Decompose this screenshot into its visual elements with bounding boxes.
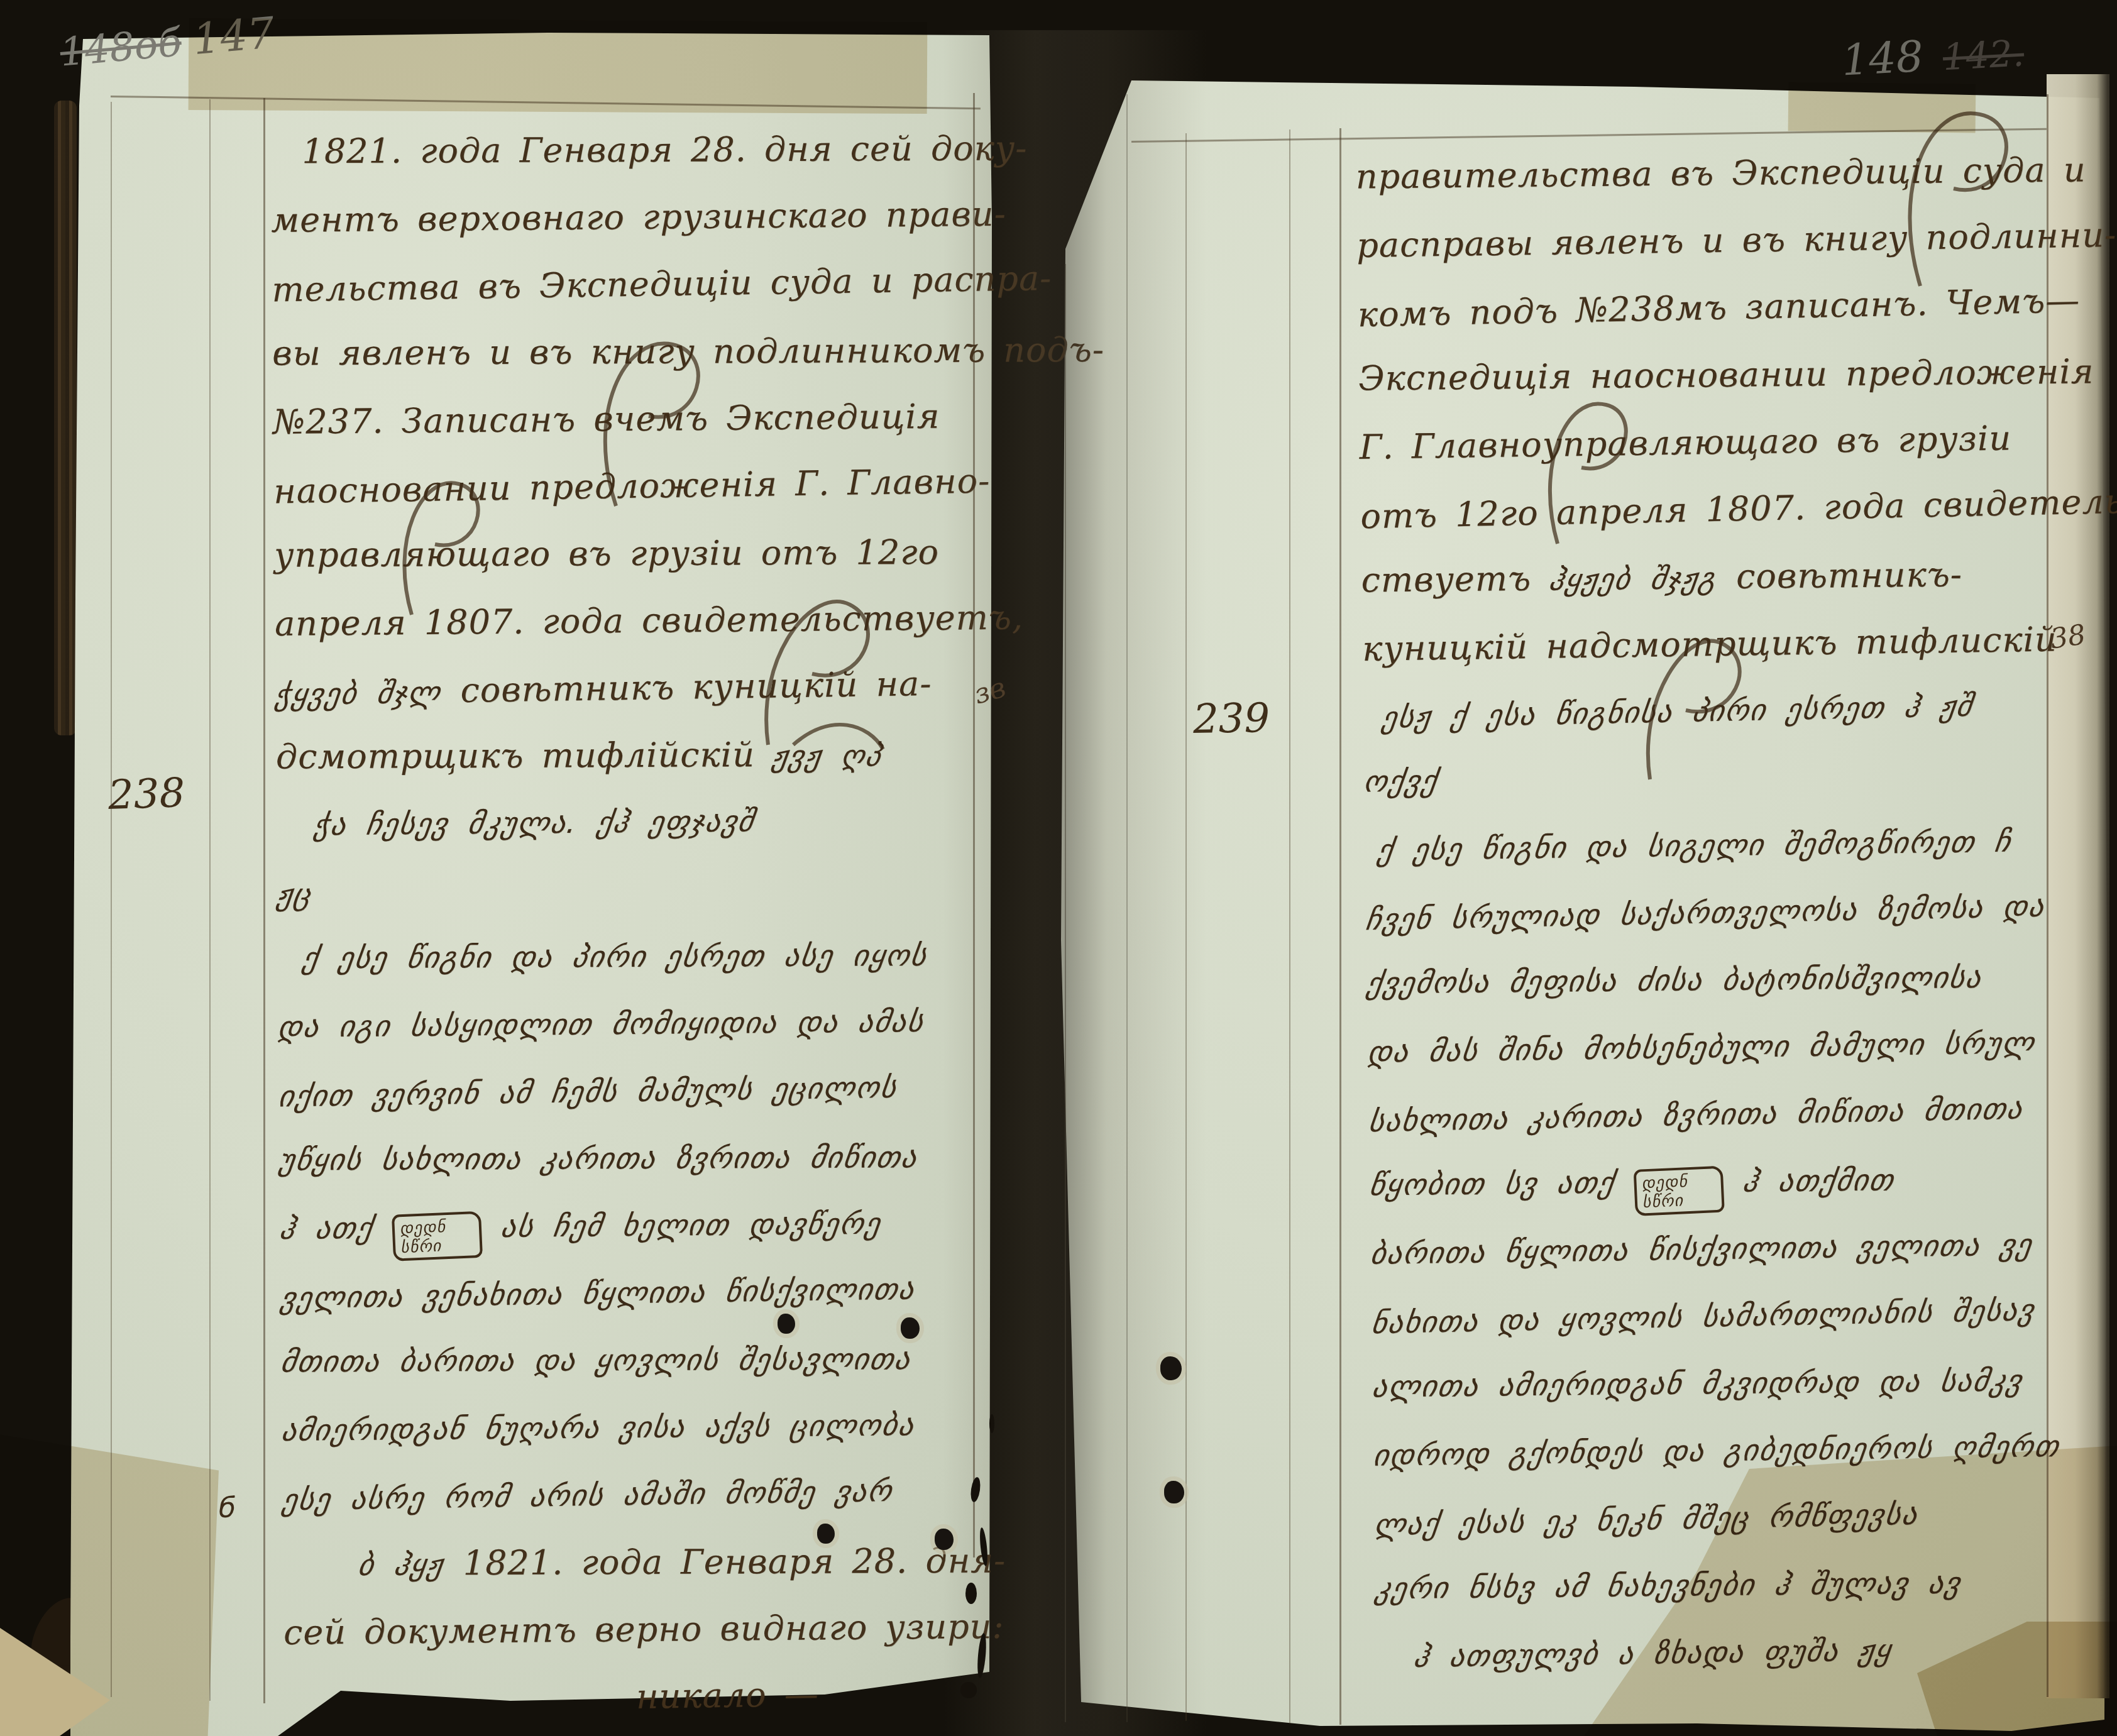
manuscript-line: ჟც bbox=[277, 851, 984, 929]
punch-hole bbox=[778, 1314, 795, 1334]
manuscript-line: Экспедиція наосновании предложенія bbox=[1358, 338, 2050, 412]
georgian-cursive-text: ამიერიდგან ნუღარა ვისა აქვს ცილობა bbox=[277, 1392, 920, 1464]
right-page-text-block: правительства въ Экспедиціи суда ираспра… bbox=[1355, 135, 2068, 1691]
russian-cursive-text: ствуетъ bbox=[1361, 559, 1549, 600]
ink-splatter bbox=[989, 1414, 994, 1433]
russian-cursive-text: наосновании предложенія Г. Главно- bbox=[273, 461, 991, 512]
georgian-cursive-text: ას ჩემ ხელით დავწერე bbox=[477, 1190, 886, 1261]
folio-old-right: 142. bbox=[1942, 31, 2025, 79]
manuscript-line: правительства въ Экспедиціи суда и bbox=[1355, 136, 2047, 211]
manuscript-line: отъ 12го апреля 1807. года свидетель- bbox=[1360, 469, 2052, 550]
right-margin-rule-2 bbox=[1289, 129, 1290, 1723]
manuscript-line: расправы явленъ и въ книгу подлинни- bbox=[1356, 202, 2048, 279]
manuscript-line: და მას შინა მოხსენებული მამული სრულ bbox=[1367, 1009, 2059, 1086]
verification-stamp-box: დედნ სწრი bbox=[392, 1211, 483, 1261]
georgian-cursive-text: ბარითა წყლითა წისქვილითა ველითა ვე bbox=[1366, 1211, 2037, 1288]
russian-cursive-text: комъ подъ №238мъ записанъ. Чемъ— bbox=[1357, 280, 2080, 334]
georgian-cursive-text: მთითა ბარითა და ყოვლის შესავლითა bbox=[276, 1326, 916, 1395]
margin-letter-b: б bbox=[219, 1495, 236, 1522]
manuscript-line: სახლითა კარითა ზვრითა მიწითა მთითა bbox=[1368, 1074, 2061, 1155]
manuscript-line: უწყის სახლითა კარითა ზვრითა მიწითა bbox=[279, 1124, 986, 1194]
russian-cursive-text: Г. Главноуправляющаго въ грузіи bbox=[1359, 418, 2011, 466]
manuscript-line: ჭყვებ შჯლ совѣтникъ куницкій на- bbox=[275, 649, 982, 727]
ink-splatter bbox=[965, 1583, 977, 1604]
punch-hole bbox=[935, 1529, 954, 1550]
manuscript-line: 1821. года Генваря 28. дня сей доку- bbox=[270, 115, 977, 185]
left-margin-rule-3 bbox=[263, 98, 265, 1703]
georgian-cursive-text: ოქვქ bbox=[1359, 747, 1443, 815]
manuscript-line: ჰ ათფულვბ ა ზხადა ფუშა ჟყ bbox=[1376, 1614, 2068, 1691]
russian-cursive-text: ментъ верховнаго грузинскаго прави- bbox=[271, 194, 1006, 240]
manuscript-line: куницкій надсмотрщикъ тифлискій bbox=[1361, 606, 2054, 683]
left-page-text-block: 1821. года Генваря 28. дня сей доку-мент… bbox=[270, 113, 991, 1733]
manuscript-line: ჰ ათქ დედნ სწრი ას ჩემ ხელით დავწერე bbox=[280, 1189, 987, 1263]
russian-cursive-text: совѣтникъ куницкій на- bbox=[460, 664, 932, 710]
georgian-cursive-text: ჰყჟებ შჯჟგ bbox=[1544, 545, 1741, 614]
manuscript-line: იქით ვერვინ ამ ჩემს მამულს ეცილოს bbox=[278, 1053, 986, 1131]
manuscript-line: ამიერიდგან ნუღარა ვისა აქვს ცილობა bbox=[282, 1391, 989, 1464]
folio-new-left: 147 bbox=[191, 8, 277, 65]
georgian-cursive-text: ველითა ვენახითა წყლითა წისქვილითა bbox=[276, 1255, 920, 1332]
manuscript-line: комъ подъ №238мъ записанъ. Чемъ— bbox=[1357, 267, 2050, 348]
georgian-cursive-text: უწყის სახლითა კარითა ზვრითა მიწითა bbox=[274, 1124, 923, 1194]
georgian-cursive-text: ესე ასრე რომ არის ამაში მოწმე ვარ bbox=[278, 1458, 898, 1534]
manuscript-line: ველითა ვენახითა წყლითა წისქვილითა bbox=[280, 1255, 988, 1332]
russian-cursive-text: правительства въ Экспедиціи суда и bbox=[1355, 150, 2086, 196]
manuscript-line: ესჟ ქ ესა წიგნისა პირი ესრეთ ჰ ჟშ bbox=[1363, 671, 2055, 752]
punch-hole bbox=[1164, 1481, 1184, 1503]
russian-cursive-text: управляющаго въ грузіи отъ 12го bbox=[274, 532, 939, 575]
russian-cursive-text: расправы явленъ и въ книгу подлинни- bbox=[1356, 215, 2117, 265]
russian-cursive-text: тельства въ Экспедиціи суда и распра- bbox=[272, 258, 1052, 309]
manuscript-line: управляющаго въ грузіи отъ 12го bbox=[274, 519, 981, 589]
georgian-cursive-text: ესჟ ქ ესა წიგნისა პირი ესრეთ ჰ ჟშ bbox=[1377, 673, 1977, 752]
manuscript-line: ოქვქ bbox=[1364, 742, 2056, 816]
georgian-cursive-text: ქვემოსა მეფისა ძისა ბატონისშვილისა bbox=[1362, 944, 1988, 1018]
manuscript-line: ლაქ ესას ეკ ნეკნ მშეც რმწფევსა bbox=[1374, 1478, 2067, 1559]
gutter-crease bbox=[1126, 94, 1128, 1722]
manuscript-scan: 148об 147 148 142. 238 239 зв 38 б 1821.… bbox=[0, 0, 2117, 1736]
manuscript-line: ესე ასრე რომ არის ამაში მოწმე ვარ bbox=[282, 1456, 989, 1534]
manuscript-line: ჭა ჩესევ მკულა. ქჰ ეფჯავშ bbox=[276, 786, 984, 859]
gutter-crease bbox=[1065, 264, 1066, 1722]
manuscript-line: ствуетъ ჰყჟებ შჯჟგ совѣтникъ- bbox=[1361, 540, 2053, 614]
ink-splatter bbox=[960, 1682, 977, 1698]
russian-cursive-text: отъ 12го апреля 1807. года свидетель- bbox=[1360, 481, 2117, 537]
manuscript-line: კერი ნსხვ ამ ნახევნები ჰ შულავ ავ bbox=[1375, 1549, 2067, 1623]
russian-cursive-text: вы явленъ и въ книгу подлинникомъ подъ- bbox=[272, 330, 1104, 373]
manuscript-line: ბ ჰყჟ 1821. года Генваря 28. дня- bbox=[283, 1527, 990, 1598]
georgian-cursive-text: ჰ ათქ bbox=[275, 1194, 397, 1263]
manuscript-line: და იგი სასყიდლით მომიყიდია და ამას bbox=[278, 987, 986, 1061]
georgian-cursive-text: ალითა ამიერიდგან მკვიდრად და სამკვ bbox=[1368, 1347, 2028, 1420]
russian-cursive-text: №237. Записанъ вчемъ Экспедиція bbox=[273, 397, 940, 442]
entry-number-239: 239 bbox=[1192, 698, 1270, 740]
manuscript-line: ქვემოსა მეფისა ძისა ბატონისშვილისა bbox=[1366, 943, 2059, 1018]
right-margin-rule-3 bbox=[1339, 128, 1341, 1725]
left-margin-rule-2 bbox=[209, 99, 211, 1701]
russian-cursive-text: апреля 1807. года свидетельствуетъ, bbox=[275, 598, 1024, 644]
manuscript-line: ментъ верховнаго грузинскаго прави- bbox=[271, 180, 979, 254]
georgian-cursive-text: ლაქ ესას ეკ ნეკნ მშეც რმწფევსა bbox=[1370, 1481, 1923, 1559]
georgian-cursive-text: ჰ ათქმით bbox=[1718, 1146, 1900, 1216]
georgian-cursive-text: ბ ჰყჟ bbox=[353, 1531, 468, 1599]
russian-cursive-text: 1821. года Генваря 28. дня- bbox=[463, 1541, 1006, 1583]
manuscript-line: წყობით სვ ათქ დედნ სწრი ჰ ათქმით bbox=[1370, 1145, 2062, 1219]
left-margin-rule-1 bbox=[111, 102, 112, 1697]
russian-cursive-text: куницкій надсмотрщикъ тифлискій bbox=[1362, 619, 2057, 668]
manuscript-line: №237. Записанъ вчемъ Экспедиція bbox=[273, 382, 981, 456]
russian-cursive-text: Экспедиція наосновании предложенія bbox=[1358, 351, 2094, 398]
russian-cursive-text: никало — bbox=[635, 1674, 819, 1717]
manuscript-line: მთითა ბარითა და ყოვლის შესავლითა bbox=[281, 1326, 988, 1396]
georgian-cursive-text: სახლითა კარითა ზვრითა მიწითა მთითა bbox=[1364, 1075, 2028, 1155]
folio-new-right: 148 bbox=[1840, 32, 1925, 86]
manuscript-line: вы явленъ и въ книгу подлинникомъ подъ- bbox=[272, 317, 979, 387]
georgian-cursive-text: და იგი სასყიდლით მომიყიდია და ამას bbox=[273, 988, 930, 1061]
manuscript-line: ალითა ამიერიდგან მკვიდრად და სამკვ bbox=[1372, 1347, 2064, 1421]
manuscript-line: ქ ესე წიგნი და სიგელი შემოგწირეთ ჩ bbox=[1365, 808, 2057, 884]
manuscript-line: იდროდ გქონდეს და გიბედნიეროს ღმერთ bbox=[1373, 1412, 2065, 1489]
georgian-cursive-text: ჟვჟ ღპ bbox=[767, 722, 888, 790]
georgian-cursive-text: ჟც bbox=[272, 860, 317, 928]
georgian-cursive-text: ჩვენ სრულიად საქართველოსა ზემოსა და bbox=[1361, 872, 2050, 953]
georgian-cursive-text: ჭყვებ შჯლ bbox=[270, 659, 465, 729]
punch-hole bbox=[901, 1317, 920, 1339]
manuscript-line: апреля 1807. года свидетельствуетъ, bbox=[275, 584, 982, 657]
georgian-cursive-text: და მას შინა მოხსენებული მამული სრულ bbox=[1363, 1009, 2040, 1086]
russian-cursive-text: 1821. года Генваря 28. дня сей доку- bbox=[302, 128, 1027, 171]
book-spine-edge bbox=[54, 101, 77, 735]
folio-numbers-right: 148 142. bbox=[1840, 30, 2025, 82]
georgian-cursive-text: ჰ ათფულვბ ა ზხადა ფუშა ჟყ bbox=[1409, 1617, 1897, 1691]
manuscript-line: сей документъ верно виднаго узири: bbox=[283, 1593, 991, 1666]
georgian-cursive-text: კერი ნსხვ ამ ნახევნები ჰ შულავ ავ bbox=[1370, 1549, 1966, 1622]
manuscript-line: ნახითა და ყოვლის სამართლიანის შესავ bbox=[1371, 1276, 2064, 1357]
russian-cursive-text: сей документъ верно виднаго узири: bbox=[283, 1607, 1004, 1652]
entry-number-238: 238 bbox=[107, 773, 185, 816]
manuscript-line: никало — bbox=[283, 1658, 991, 1736]
russian-cursive-text: совѣтникъ- bbox=[1736, 554, 1962, 596]
punch-hole bbox=[817, 1524, 835, 1544]
manuscript-line: дсмотрщикъ тифлійскій ჟვჟ ღპ bbox=[276, 720, 983, 791]
georgian-cursive-text: იდროდ გქონდეს და გიბედნიეროს ღმერთ bbox=[1368, 1412, 2064, 1489]
right-margin-rule-1 bbox=[1185, 133, 1187, 1721]
manuscript-line: ბარითა წყლითა წისქვილითა ველითა ვე bbox=[1370, 1211, 2062, 1287]
russian-cursive-text: дсмотрщикъ тифлійскій bbox=[276, 735, 773, 776]
georgian-cursive-text: ქ ესე წიგნი და სიგელი შემოგწირეთ ჩ bbox=[1373, 808, 2016, 884]
georgian-cursive-text: წყობით სვ ათქ bbox=[1365, 1149, 1639, 1219]
punch-hole bbox=[1160, 1356, 1182, 1380]
verification-stamp-box: დედნ სწრი bbox=[1634, 1166, 1725, 1216]
manuscript-line: Г. Главноуправляющаго въ грузіи bbox=[1359, 404, 2051, 481]
georgian-cursive-text: ნახითა და ყოვლის სამართლიანის შესავ bbox=[1367, 1277, 2040, 1358]
manuscript-line: тельства въ Экспедиціи суда и распра- bbox=[272, 246, 979, 324]
manuscript-line: ჩვენ სრულიად საქართველოსა ზემოსა და bbox=[1365, 872, 2058, 953]
georgian-cursive-text: ჭა ჩესევ მკულა. ქჰ ეფჯავშ bbox=[309, 788, 760, 859]
georgian-cursive-text: ქ ესე წიგნი და პირი ესრეთ ასე იყოს bbox=[297, 922, 932, 992]
manuscript-line: наосновании предложенія Г. Главно- bbox=[273, 448, 981, 525]
manuscript-line: ქ ესე წიგნი და პირი ესრეთ ასე იყოს bbox=[277, 922, 984, 992]
georgian-cursive-text: იქით ვერვინ ამ ჩემს მამულს ეცილოს bbox=[274, 1054, 902, 1131]
